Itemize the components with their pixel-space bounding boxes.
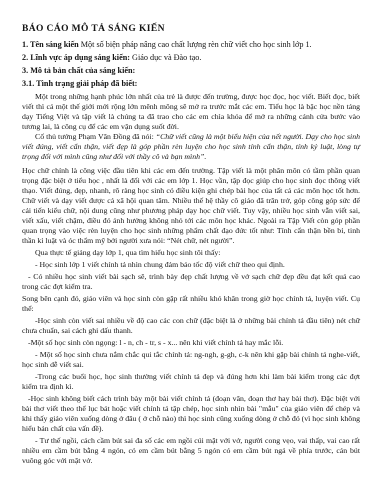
heading-tinh-trang: 3.1. Tình trạng giải pháp đã biết: xyxy=(22,79,360,89)
heading-mo-ta: 3. Mô tả bản chất của sáng kiến: xyxy=(22,66,360,76)
report-page: BÁO CÁO MÔ TẢ SÁNG KIẾN 1. Tên sáng kiến… xyxy=(0,0,373,481)
heading-linh-vuc: 2. Lĩnh vực áp dụng sáng kiến: Giáo dục … xyxy=(22,53,360,63)
paragraph-intro: Một trong những hạnh phúc lớn nhất của t… xyxy=(22,92,360,132)
heading-ten-sang-kien-label: 1. Tên sáng kiến xyxy=(22,40,79,49)
heading-tinh-trang-label: 3.1. Tình trạng giải pháp đã biết: xyxy=(22,79,137,88)
bullet-positive-1: - Học sinh lớp 1 viết chính tả nhìn chun… xyxy=(22,260,360,270)
bullet-difficulty-2: -Một số học sinh còn ngọng: l - n, ch - … xyxy=(22,338,360,348)
heading-ten-sang-kien: 1. Tên sáng kiến Một số biện pháp nâng c… xyxy=(22,40,360,50)
bullet-difficulty-6: - Tư thế ngồi, cách cầm bút sai đa số cá… xyxy=(22,436,360,466)
bullet-difficulty-1: -Học sinh còn viết sai nhiều về độ cao c… xyxy=(22,316,360,336)
paragraph-qua-thuc-te: Qua thực tế giảng dạy lớp 1, qua tìm hiể… xyxy=(22,248,360,258)
heading-mo-ta-label: 3. Mô tả bản chất của sáng kiến: xyxy=(22,66,135,75)
bullet-difficulty-3: - Một số học sinh chưa nắm chắc qui tắc … xyxy=(22,350,360,370)
quote-lead: Cố thủ tướng Phạm Văn Đồng đã nói: xyxy=(35,132,156,141)
bullet-positive-2: - Có nhiều học sinh viết bài sạch sẽ, tr… xyxy=(22,272,360,292)
bullet-difficulty-4: -Trong các buổi học, học sinh thường viế… xyxy=(22,372,360,392)
heading-linh-vuc-label: 2. Lĩnh vực áp dụng sáng kiến: xyxy=(22,53,130,62)
paragraph-quote: Cố thủ tướng Phạm Văn Đồng đã nói: “Chữ … xyxy=(22,132,360,162)
heading-linh-vuc-value: Giáo dục và Đào tạo. xyxy=(132,53,201,62)
paragraph-song-ben: Song bên cạnh đó, giáo viên và học sinh … xyxy=(22,294,360,314)
bullet-difficulty-5: -Học sinh không biết cách trình bày một … xyxy=(22,394,360,434)
heading-ten-sang-kien-value: Một số biện pháp nâng cao chất lượng rèn… xyxy=(81,40,312,49)
paragraph-hoc-chu: Học chữ chính là công việc đầu tiên khi … xyxy=(22,166,360,246)
report-title: BÁO CÁO MÔ TẢ SÁNG KIẾN xyxy=(22,24,360,34)
